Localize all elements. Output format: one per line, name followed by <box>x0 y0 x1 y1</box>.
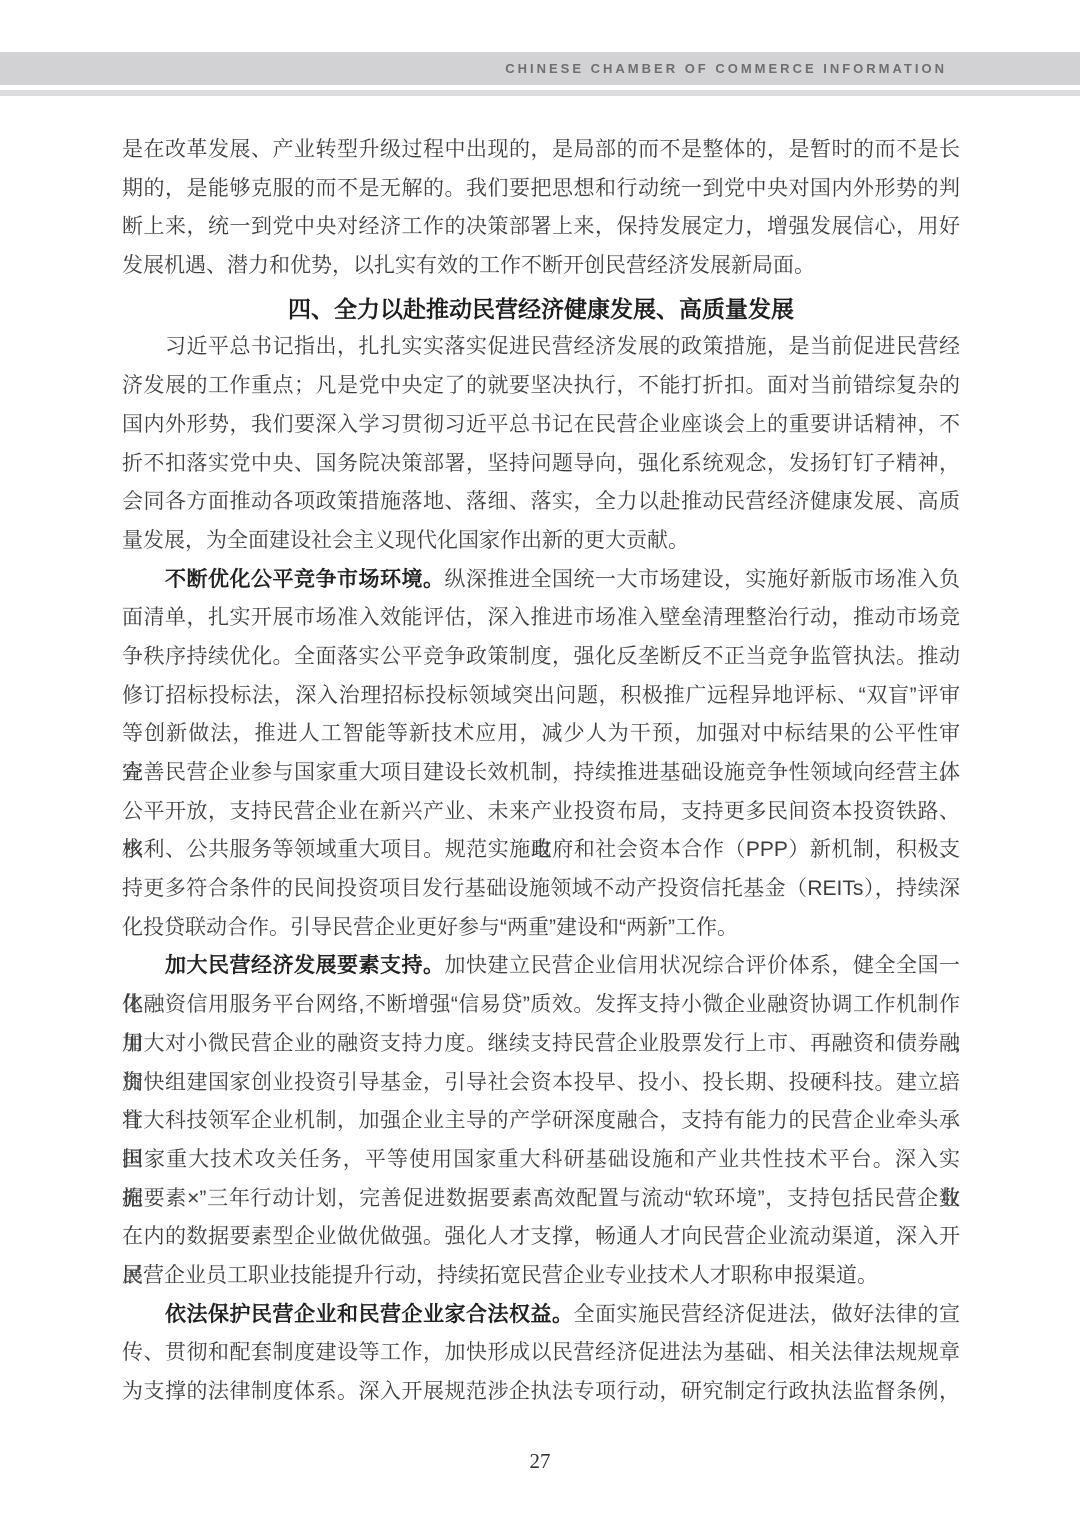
text-line: 会同各方面推动各项政策措施落地、落细、落实，全力以赴推动民营经济健康发展、高质 <box>122 483 960 522</box>
text-line: 发展机遇、潜力和优势，以扎实有效的工作不断开创民营经济发展新局面。 <box>122 247 960 286</box>
text-line: 修订招标投标法，深入治理招标投标领域突出问题，积极推广远程异地评标、“双盲”评审 <box>122 677 960 716</box>
text-line: 争秩序持续优化。全面落实公平竞争政策制度，强化反垄断反不正当竞争监管执法。推动 <box>122 638 960 677</box>
text-line: 化融资信用服务平台网络,不断增强“信易贷”质效。发挥支持小微企业融资协调工作机制… <box>122 986 960 1025</box>
text-line: 完善民营企业参与国家重大项目建设长效机制，持续推进基础设施竞争性领域向经营主体 <box>122 754 960 793</box>
text-line: 等创新做法，推进人工智能等新技术应用，减少人为干预，加强对中标结果的公平性审查。 <box>122 715 960 754</box>
paragraph: 习近平总书记指出，扎扎实实落实促进民营经济发展的政策措施，是当前促进民营经 济发… <box>122 328 960 560</box>
lead-rest-text: 纵深推进全国统一大市场建设，实施好新版市场准入负 <box>445 568 961 591</box>
text-line: 断上来，统一到党中央对经济工作的决策部署上来，保持发展定力，增强发展信心，用好 <box>122 208 960 247</box>
document-body: 是在改革发展、产业转型升级过程中出现的，是局部的而不是整体的，是暂时的而不是长 … <box>122 131 960 1412</box>
text-line: 不断优化公平竞争市场环境。纵深推进全国统一大市场建设，实施好新版市场准入负 <box>122 561 960 600</box>
text-line: 习近平总书记指出，扎扎实实落实促进民营经济发展的政策措施，是当前促进民营经 <box>122 328 960 367</box>
section-heading: 四、全力以赴推动民营经济健康发展、高质量发展 <box>122 290 960 329</box>
header-strip <box>0 90 1080 96</box>
text-line: 持更多符合条件的民间投资项目发行基础设施领域不动产投资信托基金（REITs），持… <box>122 870 960 909</box>
header-band: CHINESE CHAMBER OF COMMERCE INFORMATION <box>0 52 1080 85</box>
text-line: 在内的数据要素型企业做优做强。强化人才支撑，畅通人才向民营企业流动渠道，深入开展 <box>122 1218 960 1257</box>
text-line: 依法保护民营企业和民营企业家合法权益。全面实施民营经济促进法，做好法律的宣 <box>122 1296 960 1335</box>
text-line: 传、贯彻和配套制度建设等工作，加快形成以民营经济促进法为基础、相关法律法规规章 <box>122 1334 960 1373</box>
text-line: 民营企业员工职业技能提升行动，持续拓宽民营企业专业技术人才职称申报渠道。 <box>122 1257 960 1296</box>
text-line: 加大民营经济发展要素支持。加快建立民营企业信用状况综合评价体系，健全全国一体 <box>122 947 960 986</box>
paragraph-continuation: 是在改革发展、产业转型升级过程中出现的，是局部的而不是整体的，是暂时的而不是长 … <box>122 131 960 286</box>
text-line: 据要素×”三年行动计划，完善促进数据要素高效配置与流动“软环境”，支持包括民营企… <box>122 1180 960 1219</box>
page-number: 27 <box>0 1449 1080 1474</box>
text-line: 加快组建国家创业投资引导基金，引导社会资本投早、投小、投长期、投硬科技。建立培育 <box>122 1064 960 1103</box>
header-banner-text: CHINESE CHAMBER OF COMMERCE INFORMATION <box>505 61 947 76</box>
text-line: 期的，是能够克服的而不是无解的。我们要把思想和行动统一到党中央对国内外形势的判 <box>122 170 960 209</box>
bold-lead: 加大民营经济发展要素支持。 <box>165 954 445 977</box>
text-line: 折不扣落实党中央、国务院决策部署，坚持问题导向，强化系统观念，发扬钉钉子精神， <box>122 445 960 484</box>
text-line: 公平开放，支持民营企业在新兴产业、未来产业投资布局，支持更多民间资本投资铁路、核… <box>122 793 960 832</box>
text-line: 国内外形势，我们要深入学习贯彻习近平总书记在民营企业座谈会上的重要讲话精神，不 <box>122 406 960 445</box>
text-line: 量发展，为全面建设社会主义现代化国家作出新的更大贡献。 <box>122 522 960 561</box>
paragraph: 加大民营经济发展要素支持。加快建立民营企业信用状况综合评价体系，健全全国一体 化… <box>122 947 960 1295</box>
text-line: 济发展的工作重点；凡是党中央定了的就要坚决执行，不能打折扣。面对当前错综复杂的 <box>122 367 960 406</box>
text-line: 国家重大技术攻关任务，平等使用国家重大科研基础设施和产业共性技术平台。深入实施“… <box>122 1141 960 1180</box>
lead-rest-text: 全面实施民营经济促进法，做好法律的宣 <box>574 1303 961 1326</box>
text-line: 是在改革发展、产业转型升级过程中出现的，是局部的而不是整体的，是暂时的而不是长 <box>122 131 960 170</box>
text-line: 为支撑的法律制度体系。深入开展规范涉企执法专项行动，研究制定行政执法监督条例， <box>122 1373 960 1412</box>
bold-lead: 依法保护民营企业和民营企业家合法权益。 <box>165 1303 574 1326</box>
text-line: 水利、公共服务等领域重大项目。规范实施政府和社会资本合作（PPP）新机制，积极支 <box>122 831 960 870</box>
page: { "header": { "banner_text": "CHINESE CH… <box>0 0 1080 1525</box>
text-line: 壮大科技领军企业机制，加强企业主导的产学研深度融合，支持有能力的民营企业牵头承担 <box>122 1102 960 1141</box>
paragraph: 不断优化公平竞争市场环境。纵深推进全国统一大市场建设，实施好新版市场准入负 面清… <box>122 561 960 948</box>
text-line: 化投贷联动合作。引导民营企业更好参与“两重”建设和“两新”工作。 <box>122 909 960 948</box>
bold-lead: 不断优化公平竞争市场环境。 <box>165 568 445 591</box>
paragraph: 依法保护民营企业和民营企业家合法权益。全面实施民营经济促进法，做好法律的宣 传、… <box>122 1296 960 1412</box>
text-line: 面清单，扎实开展市场准入效能评估，深入推进市场准入壁垒清理整治行动，推动市场竞 <box>122 599 960 638</box>
text-line: 加大对小微民营企业的融资支持力度。继续支持民营企业股票发行上市、再融资和债券融资… <box>122 1025 960 1064</box>
